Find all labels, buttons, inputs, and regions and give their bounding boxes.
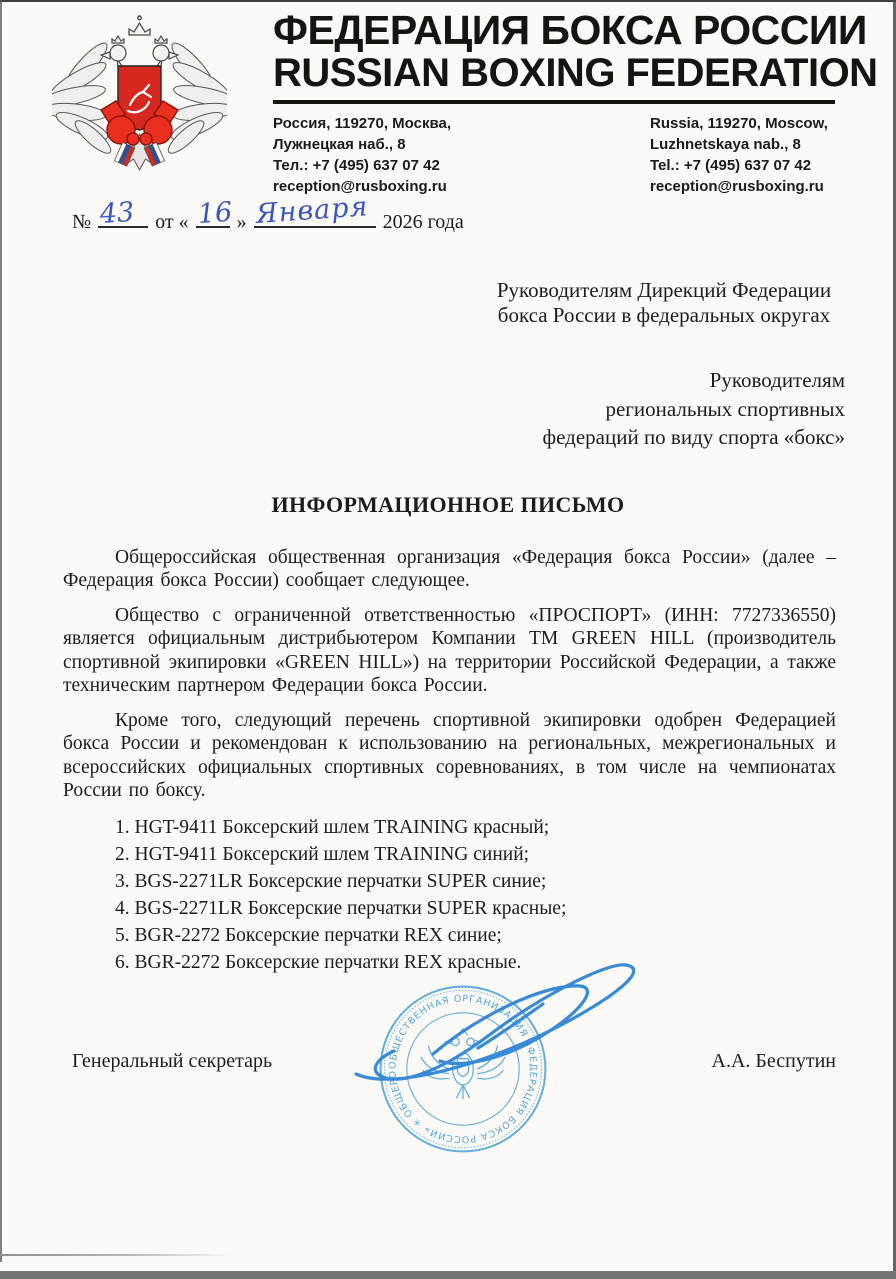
equipment-list: 1. HGT-9411 Боксерский шлем TRAINING кра… bbox=[63, 814, 836, 976]
letterhead-rule bbox=[273, 100, 835, 104]
paragraph: Общероссийская общественная организация … bbox=[63, 546, 836, 593]
close-quote: » bbox=[237, 211, 247, 233]
contact-line: Россия, 119270, Москва, bbox=[273, 113, 451, 134]
contact-line: Лужнецкая наб., 8 bbox=[273, 134, 451, 155]
scan-edge-top bbox=[0, 0, 896, 2]
handwritten-month: Января bbox=[254, 191, 368, 230]
from-label: от « bbox=[155, 211, 188, 233]
handwritten-day: 16 bbox=[196, 197, 232, 230]
recipient-directorates: Руководителям Дирекций Федерации бокса Р… bbox=[483, 278, 845, 328]
handwritten-number: 43 bbox=[99, 197, 135, 230]
letterhead: ФЕДЕРАЦИЯ БОКСА РОССИИ RUSSIAN BOXING FE… bbox=[0, 0, 896, 192]
contact-column-en: Russia, 119270, Moscow, Luzhnetskaya nab… bbox=[650, 113, 828, 197]
federation-emblem-logo bbox=[52, 8, 227, 180]
recipient-line: региональных спортивных bbox=[0, 395, 845, 424]
number-sign: № bbox=[72, 211, 91, 233]
scan-edge-bottom bbox=[0, 1271, 896, 1279]
org-title-en: RUSSIAN BOXING FEDERATION bbox=[273, 52, 839, 95]
list-item: 1. HGT-9411 Боксерский шлем TRAINING кра… bbox=[115, 814, 836, 841]
org-title-ru: ФЕДЕРАЦИЯ БОКСА РОССИИ bbox=[273, 8, 839, 52]
day-blank: 16 bbox=[196, 204, 230, 228]
signer-name: А.А. Беспутин bbox=[712, 1050, 836, 1073]
reference-line: №43от «16»Января2026 года bbox=[72, 204, 896, 244]
letter-body: Общероссийская общественная организация … bbox=[0, 546, 896, 976]
paragraph: Общество с ограниченной ответственностью… bbox=[63, 604, 836, 698]
number-blank: 43 bbox=[98, 204, 148, 228]
recipient-line: Руководителям bbox=[0, 366, 845, 395]
scanned-letter-page: ФЕДЕРАЦИЯ БОКСА РОССИИ RUSSIAN BOXING FE… bbox=[0, 0, 896, 1279]
contact-line: Russia, 119270, Moscow, bbox=[650, 113, 828, 134]
document-title: ИНФОРМАЦИОННОЕ ПИСЬМО bbox=[0, 492, 896, 518]
recipient-regional-federations: Руководителям региональных спортивных фе… bbox=[0, 366, 845, 452]
paragraph: Кроме того, следующий перечень спортивно… bbox=[63, 709, 836, 803]
scan-artifact-line bbox=[0, 1254, 232, 1256]
contact-line: Тел.: +7 (495) 637 07 42 bbox=[273, 155, 451, 176]
letterhead-text-block: ФЕДЕРАЦИЯ БОКСА РОССИИ RUSSIAN BOXING FE… bbox=[273, 8, 839, 203]
list-item: 5. BGR-2272 Боксерские перчатки REX сини… bbox=[115, 922, 836, 949]
list-item: 2. HGT-9411 Боксерский шлем TRAINING син… bbox=[115, 841, 836, 868]
recipient-line: федераций по виду спорта «бокс» bbox=[0, 423, 845, 452]
signature-scribble bbox=[338, 956, 660, 1106]
contact-column-ru: Россия, 119270, Москва, Лужнецкая наб., … bbox=[273, 113, 451, 197]
contacts: Россия, 119270, Москва, Лужнецкая наб., … bbox=[273, 113, 839, 203]
signer-role: Генеральный секретарь bbox=[72, 1050, 272, 1073]
list-item: 3. BGS-2271LR Боксерские перчатки SUPER … bbox=[115, 868, 836, 895]
year-text: 2026 года bbox=[383, 211, 464, 233]
list-item: 4. BGS-2271LR Боксерские перчатки SUPER … bbox=[115, 895, 836, 922]
contact-email: reception@rusboxing.ru bbox=[650, 176, 828, 197]
contact-line: Tel.: +7 (495) 637 07 42 bbox=[650, 155, 828, 176]
recipients: Руководителям Дирекций Федерации бокса Р… bbox=[0, 278, 896, 452]
scan-edge-left bbox=[0, 0, 2, 1262]
contact-line: Luzhnetskaya nab., 8 bbox=[650, 134, 828, 155]
month-blank: Января bbox=[254, 204, 376, 228]
